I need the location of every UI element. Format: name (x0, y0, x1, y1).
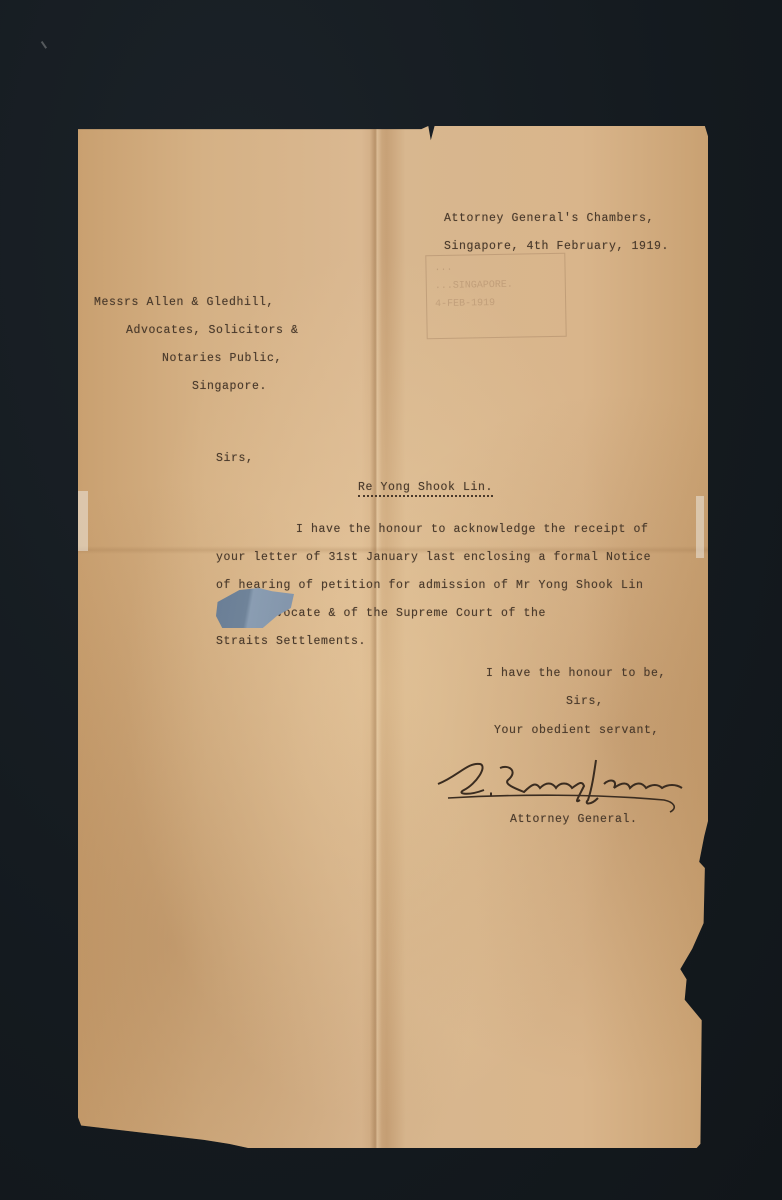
received-stamp: ... ...SINGAPORE. 4-FEB-1919 (425, 253, 566, 339)
signatory-title: Attorney General. (510, 813, 638, 826)
subject-line: Re Yong Shook Lin. (358, 481, 493, 497)
recipient-line-2: Advocates, Solicitors & (126, 324, 299, 337)
tape-fragment-right (696, 496, 704, 558)
paper-tear-damage (216, 588, 294, 628)
tape-fragment-left (78, 491, 88, 551)
letterhead-office: Attorney General's Chambers, (444, 212, 654, 225)
letter-paper: ... ...SINGAPORE. 4-FEB-1919 Attorney Ge… (78, 126, 708, 1148)
handwritten-signature (428, 754, 688, 814)
recipient-line-3: Notaries Public, (162, 352, 282, 365)
body-line-3: of hearing of petition for admission of … (216, 579, 644, 592)
recipient-line-4: Singapore. (192, 380, 267, 393)
letterhead-place-date: Singapore, 4th February, 1919. (444, 240, 669, 253)
closing-line-3: Your obedient servant, (494, 724, 659, 737)
salutation: Sirs, (216, 452, 254, 465)
closing-line-1: I have the honour to be, (486, 667, 666, 680)
closing-line-2: Sirs, (566, 695, 604, 708)
dust-speck (41, 35, 55, 48)
signature-ink-icon (428, 754, 688, 814)
body-line-2: your letter of 31st January last enclosi… (216, 551, 651, 564)
body-line-5: Straits Settlements. (216, 635, 366, 648)
recipient-line-1: Messrs Allen & Gledhill, (94, 296, 274, 309)
vertical-fold-crease (370, 126, 382, 1148)
body-line-1: I have the honour to acknowledge the rec… (296, 523, 649, 536)
